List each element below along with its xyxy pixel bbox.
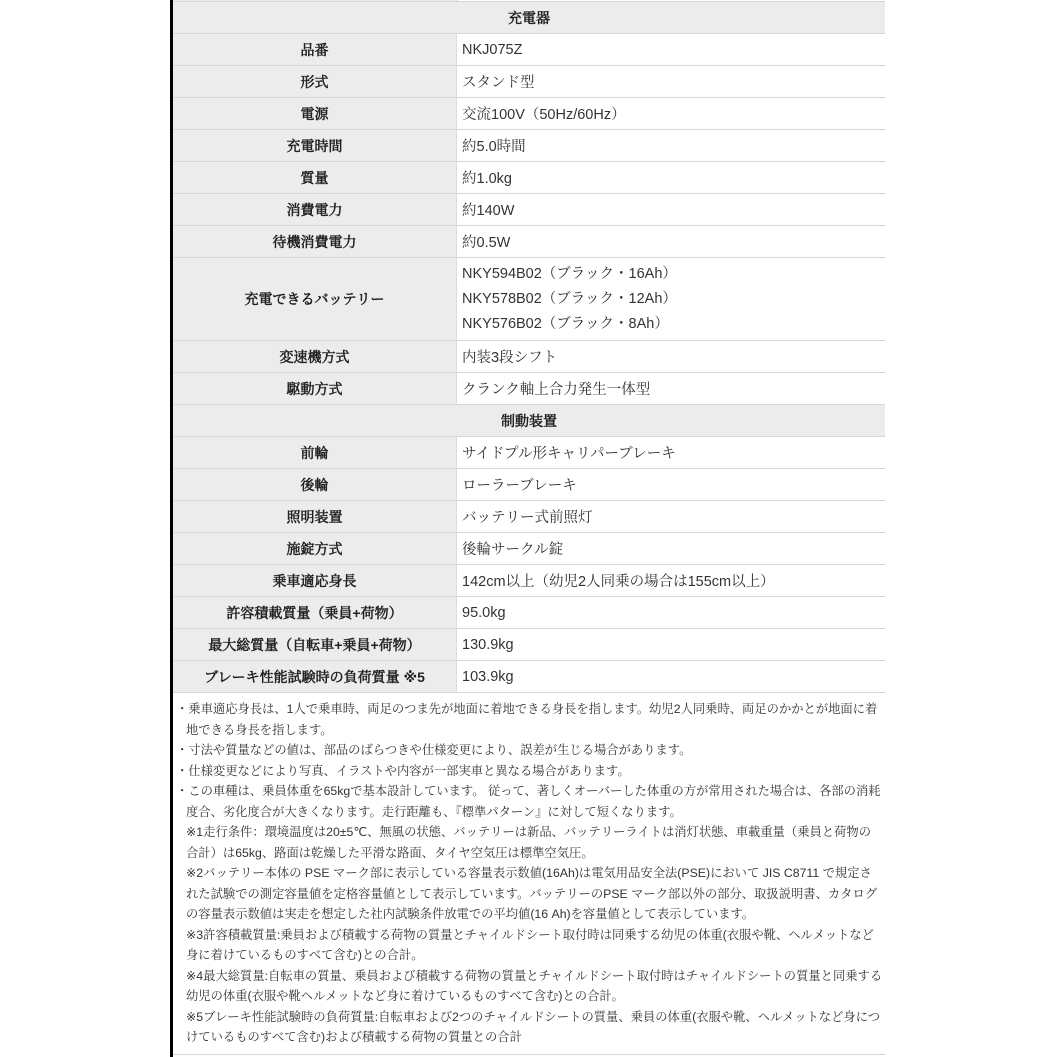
- battery-item: NKY576B02（ブラック・8Ah）: [462, 312, 885, 337]
- battery-item: NKY578B02（ブラック・12Ah）: [462, 287, 885, 312]
- row-value: 後輪サークル錠: [457, 533, 885, 564]
- row-value: 約140W: [457, 194, 885, 225]
- spec-row-drive-system: 駆動方式 クランク軸上合力発生一体型: [173, 373, 885, 405]
- footnote-ref-4: ※4最大総質量:自転車の質量、乗員および積載する荷物の質量とチャイルドシート取付…: [176, 966, 883, 1007]
- battery-item: NKY594B02（ブラック・16Ah）: [462, 262, 885, 287]
- row-value: 約1.0kg: [457, 162, 885, 193]
- footnote-ref-5: ※5ブレーキ性能試験時の負荷質量:自転車および2つのチャイルドシートの質量、乗員…: [176, 1007, 883, 1048]
- row-value: クランク軸上合力発生一体型: [457, 373, 885, 404]
- row-label: 許容積載質量（乗員+荷物）: [173, 597, 457, 628]
- spec-row-compatible-batteries: 充電できるバッテリー NKY594B02（ブラック・16Ah） NKY578B0…: [173, 258, 885, 341]
- spec-row-max-load: 許容積載質量（乗員+荷物） 95.0kg: [173, 597, 885, 629]
- footnote: ・仕様変更などにより写真、イラストや内容が一部実車と異なる場合があります。: [176, 761, 883, 782]
- spec-row-type: 形式 スタンド型: [173, 66, 885, 98]
- section-header-charger: 充電器: [173, 2, 885, 34]
- row-label: 後輪: [173, 469, 457, 500]
- spec-row-standby-power: 待機消費電力 約0.5W: [173, 226, 885, 258]
- footnote-ref-1: ※1走行条件：環境温度は20±5℃、無風の状態、バッテリーは新品、バッテリーライ…: [176, 822, 883, 863]
- footnote: ・寸法や質量などの値は、部品のばらつきや仕様変更により、誤差が生じる場合がありま…: [176, 740, 883, 761]
- footnotes: ・乗車適応身長は、1人で乗車時、両足のつま先が地面に着地できる身長を指します。幼…: [173, 693, 885, 1055]
- row-value: 約0.5W: [457, 226, 885, 257]
- row-value: ローラーブレーキ: [457, 469, 885, 500]
- spec-row-front-brake: 前輪 サイドプル形キャリパーブレーキ: [173, 437, 885, 469]
- row-label: 品番: [173, 34, 457, 65]
- row-value: 交流100V（50Hz/60Hz）: [457, 98, 885, 129]
- spec-row-lock: 施錠方式 後輪サークル錠: [173, 533, 885, 565]
- row-value: NKJ075Z: [457, 34, 885, 65]
- row-label: 充電できるバッテリー: [173, 258, 457, 340]
- row-value: 142cm以上（幼児2人同乗の場合は155cm以上）: [457, 565, 885, 596]
- spec-row-weight: 質量 約1.0kg: [173, 162, 885, 194]
- row-label: 充電時間: [173, 130, 457, 161]
- spec-row-transmission: 変速機方式 内装3段シフト: [173, 341, 885, 373]
- row-label: 施錠方式: [173, 533, 457, 564]
- row-label: 前輪: [173, 437, 457, 468]
- spec-row-brake-test-load: ブレーキ性能試験時の負荷質量 ※5 103.9kg: [173, 661, 885, 693]
- row-label: 電源: [173, 98, 457, 129]
- spec-row-power-consumption: 消費電力 約140W: [173, 194, 885, 226]
- footnote: ・この車種は、乗員体重を65kgで基本設計しています。 従って、著しくオーバーし…: [176, 781, 883, 822]
- row-value: 103.9kg: [457, 661, 885, 692]
- row-label: 駆動方式: [173, 373, 457, 404]
- footnote: ・乗車適応身長は、1人で乗車時、両足のつま先が地面に着地できる身長を指します。幼…: [176, 699, 883, 740]
- spec-row-max-total-weight: 最大総質量（自転車+乗員+荷物） 130.9kg: [173, 629, 885, 661]
- spec-row-rider-height: 乗車適応身長 142cm以上（幼児2人同乗の場合は155cm以上）: [173, 565, 885, 597]
- row-label: 形式: [173, 66, 457, 97]
- footnote-ref-3: ※3許容積載質量:乗員および積載する荷物の質量とチャイルドシート取付時は同乗する…: [176, 925, 883, 966]
- spec-row-rear-brake: 後輪 ローラーブレーキ: [173, 469, 885, 501]
- footnote-ref-2: ※2バッテリー本体の PSE マーク部に表示している容量表示数値(16Ah)は電…: [176, 863, 883, 925]
- row-value: 約5.0時間: [457, 130, 885, 161]
- row-label: 照明装置: [173, 501, 457, 532]
- row-label: ブレーキ性能試験時の負荷質量 ※5: [173, 661, 457, 692]
- row-value: 130.9kg: [457, 629, 885, 660]
- row-value-list: NKY594B02（ブラック・16Ah） NKY578B02（ブラック・12Ah…: [457, 258, 885, 340]
- row-value: スタンド型: [457, 66, 885, 97]
- row-label: 消費電力: [173, 194, 457, 225]
- spec-row-power-source: 電源 交流100V（50Hz/60Hz）: [173, 98, 885, 130]
- row-label: 乗車適応身長: [173, 565, 457, 596]
- spec-row-charge-time: 充電時間 約5.0時間: [173, 130, 885, 162]
- row-value: サイドプル形キャリパーブレーキ: [457, 437, 885, 468]
- spec-table: 充電器 品番 NKJ075Z 形式 スタンド型 電源 交流100V（50Hz/6…: [173, 0, 885, 1055]
- row-value: 内装3段シフト: [457, 341, 885, 372]
- row-label: 待機消費電力: [173, 226, 457, 257]
- spec-row-part-number: 品番 NKJ075Z: [173, 34, 885, 66]
- row-label: 質量: [173, 162, 457, 193]
- row-value: バッテリー式前照灯: [457, 501, 885, 532]
- spec-row-lighting: 照明装置 バッテリー式前照灯: [173, 501, 885, 533]
- row-value: 95.0kg: [457, 597, 885, 628]
- row-label: 最大総質量（自転車+乗員+荷物）: [173, 629, 457, 660]
- section-header-brakes: 制動装置: [173, 405, 885, 437]
- row-label: 変速機方式: [173, 341, 457, 372]
